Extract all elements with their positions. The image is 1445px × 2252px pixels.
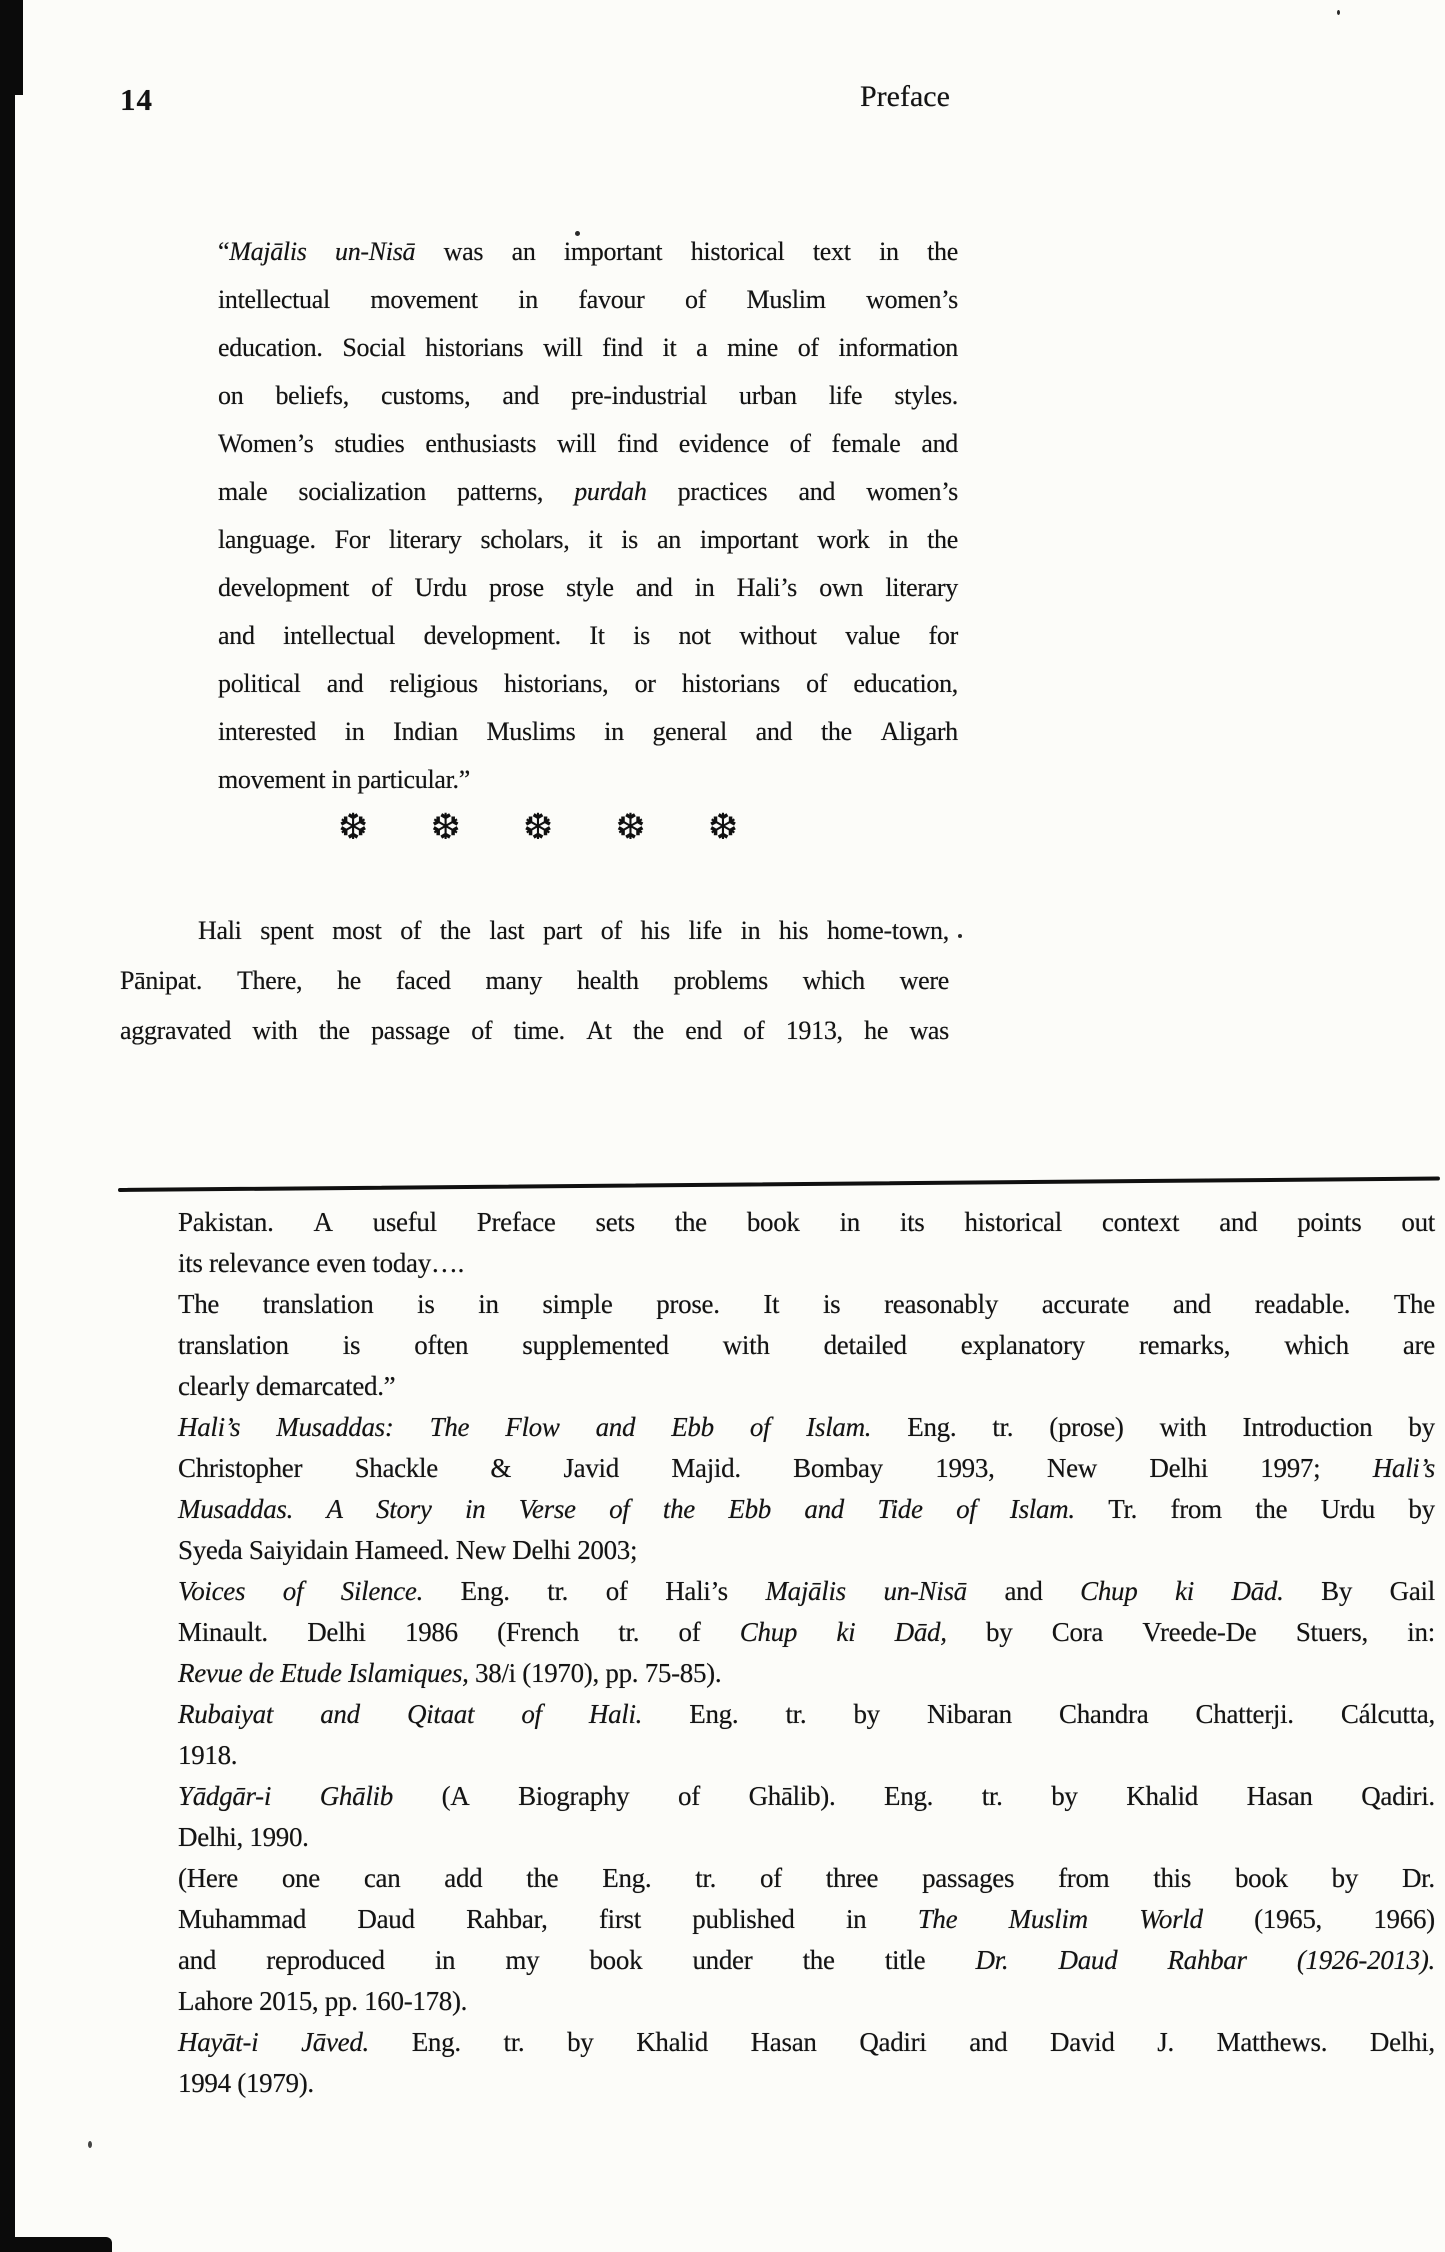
word: was <box>444 228 484 276</box>
word: Cálcutta, <box>1341 1694 1435 1735</box>
ornament-row: ❆❆❆❆❆ <box>338 806 738 850</box>
footnote-line: Minault.Delhi1986(Frenchtr.ofChupkiDād,b… <box>178 1612 1435 1653</box>
word: in <box>604 708 624 756</box>
word: is <box>633 612 650 660</box>
word: historical <box>964 1202 1061 1243</box>
word: and <box>1173 1284 1211 1325</box>
word: published <box>692 1899 794 1940</box>
word: Ebb <box>728 1489 771 1530</box>
word: the <box>663 1489 695 1530</box>
word: Verse <box>519 1489 576 1530</box>
word: Muslim <box>747 276 826 324</box>
word: Dād. <box>1231 1571 1283 1612</box>
word: Delhi, <box>1370 2022 1435 2063</box>
word: a <box>696 324 707 372</box>
text: 38/i (1970), pp. 75-85). <box>469 1658 722 1688</box>
word: styles. <box>894 372 958 420</box>
word: many <box>486 956 543 1006</box>
word: Chup <box>740 1612 797 1653</box>
word: Social <box>342 324 405 372</box>
paragraph-line: Pānipat.There,hefacedmanyhealthproblemsw… <box>120 956 949 1006</box>
word: Voices <box>178 1571 245 1612</box>
text: 1994 (1979). <box>178 2068 314 2098</box>
scan-speck <box>1337 10 1340 15</box>
word: Hasan <box>1247 1776 1313 1817</box>
paragraph-line: aggravatedwiththepassageoftime.Attheendo… <box>120 1006 949 1056</box>
word: reproduced <box>266 1940 384 1981</box>
quote-line: Women’sstudiesenthusiastswillfindevidenc… <box>218 420 958 468</box>
word: an <box>657 516 681 564</box>
word: the <box>1255 1489 1287 1530</box>
word: from <box>1171 1489 1222 1530</box>
word: scholars, <box>480 516 569 564</box>
word: the <box>821 708 852 756</box>
word: development. <box>424 612 561 660</box>
word: of <box>601 906 622 956</box>
word: end <box>685 1006 722 1056</box>
footnote-line: its relevance even today…. <box>178 1243 1435 1284</box>
word: book <box>747 1202 800 1243</box>
word: the <box>675 1202 707 1243</box>
text: 1918. <box>178 1740 237 1770</box>
scan-edge-left <box>0 0 15 2252</box>
word: book <box>589 1940 642 1981</box>
word: Pakistan. <box>178 1202 274 1243</box>
snowflake-ornament-icon: ❆ <box>338 806 368 850</box>
word: Rahbar <box>1167 1940 1246 1981</box>
word: his <box>779 906 808 956</box>
word: development <box>218 564 349 612</box>
word: and <box>1219 1202 1257 1243</box>
word: Islam. <box>806 1407 871 1448</box>
word: simple <box>542 1284 612 1325</box>
word: by <box>986 1612 1012 1653</box>
word: Introduction <box>1243 1407 1373 1448</box>
word: and <box>596 1407 636 1448</box>
word: Jāved. <box>301 2022 369 2063</box>
word: of <box>606 1571 628 1612</box>
footnote-line: Revue de Etude Islamiques, 38/i (1970), … <box>178 1653 1435 1694</box>
word: evidence <box>679 420 769 468</box>
word: three <box>826 1858 878 1899</box>
word: spent <box>260 906 313 956</box>
word: favour <box>578 276 644 324</box>
body-paragraph: Halispentmostofthelastpartofhislifeinhis… <box>120 906 949 1056</box>
word: For <box>335 516 370 564</box>
word: Hali’s <box>737 564 797 612</box>
word: were <box>900 956 949 1006</box>
word: Women’s <box>218 420 313 468</box>
word: in <box>879 228 899 276</box>
word: urban <box>739 372 797 420</box>
word: the <box>633 1006 664 1056</box>
running-header-title: Preface <box>860 80 950 114</box>
word: remarks, <box>1139 1325 1230 1366</box>
word: tr. <box>785 1694 806 1735</box>
book-page-scan: 14 Preface “Majālisun-Nisāwasanimportant… <box>0 0 1445 2252</box>
word: un-Nisā <box>883 1571 966 1612</box>
word: of <box>685 276 706 324</box>
word: purdah <box>574 468 646 516</box>
scan-speck <box>575 231 580 236</box>
word: Flow <box>505 1407 559 1448</box>
word: and <box>804 1489 844 1530</box>
word: Majid. <box>671 1448 740 1489</box>
word: Qitaat <box>407 1694 474 1735</box>
footnote-line: Hali’sMusaddas:TheFlowandEbbofIslam.Eng.… <box>178 1407 1435 1448</box>
word: it <box>588 516 602 564</box>
word: it <box>663 324 677 372</box>
word: Qadiri. <box>1361 1776 1435 1817</box>
word: in <box>846 1899 866 1940</box>
word: important <box>700 516 798 564</box>
word: historians, <box>504 660 608 708</box>
word: readable. <box>1255 1284 1350 1325</box>
word: he <box>337 956 361 1006</box>
word: Qadiri <box>859 2022 926 2063</box>
word: historians <box>682 660 780 708</box>
word: Pānipat. <box>120 956 202 1006</box>
word: the <box>927 228 958 276</box>
footnote-line: MuhammadDaudRahbar,firstpublishedinTheMu… <box>178 1899 1435 1940</box>
word: Javid <box>563 1448 619 1489</box>
word: of <box>471 1006 492 1056</box>
word: its <box>900 1202 925 1243</box>
word: pre-industrial <box>571 372 707 420</box>
word: Chup <box>1080 1571 1137 1612</box>
word: Ghālib). <box>749 1776 836 1817</box>
word: Vreede-De <box>1142 1612 1256 1653</box>
word: Rahbar, <box>466 1899 548 1940</box>
word: tr. <box>504 2022 525 2063</box>
word: and <box>502 372 539 420</box>
word: Eng. <box>907 1407 956 1448</box>
word: Hali’s <box>1373 1448 1435 1489</box>
word: women’s <box>866 468 958 516</box>
footnote-line: 1918. <box>178 1735 1435 1776</box>
word: Christopher <box>178 1448 302 1489</box>
word: which <box>803 956 865 1006</box>
word: Hasan <box>751 2022 817 2063</box>
word: prose <box>489 564 544 612</box>
word: of <box>760 1858 782 1899</box>
footnote-line: Pakistan.AusefulPrefacesetsthebookinitsh… <box>178 1202 1435 1243</box>
word: ki <box>836 1612 855 1653</box>
footnote-line: Thetranslationisinsimpleprose.Itisreason… <box>178 1284 1435 1325</box>
word: by <box>853 1694 879 1735</box>
word: Hali. <box>589 1694 642 1735</box>
word: literary <box>885 564 958 612</box>
word: interested <box>218 708 316 756</box>
word: life <box>689 906 722 956</box>
quote-line: developmentofUrduprosestyleandinHali’sow… <box>218 564 958 612</box>
quote-line: education.Socialhistorianswillfinditamin… <box>218 324 958 372</box>
word: Hali’s <box>178 1407 240 1448</box>
word: Yādgār-i <box>178 1776 271 1817</box>
word: was <box>909 1006 949 1056</box>
word: tr. <box>695 1858 716 1899</box>
word: At <box>586 1006 611 1056</box>
word: 1986 <box>405 1612 458 1653</box>
word: and <box>320 1694 360 1735</box>
word: By <box>1321 1571 1352 1612</box>
word: most <box>332 906 381 956</box>
word: Muslim <box>1009 1899 1088 1940</box>
word: often <box>414 1325 468 1366</box>
word: Nibaran <box>927 1694 1012 1735</box>
word: explanatory <box>961 1325 1085 1366</box>
word: or <box>635 660 656 708</box>
word: It <box>589 612 604 660</box>
word: with <box>723 1325 770 1366</box>
quote-line: politicalandreligioushistorians,orhistor… <box>218 660 958 708</box>
footnote-block: Pakistan.AusefulPrefacesetsthebookinitsh… <box>178 1202 1435 2104</box>
footnote-line: 1994 (1979). <box>178 2063 1435 2104</box>
word: Ghālib <box>320 1776 393 1817</box>
word: on <box>218 372 243 420</box>
word: out <box>1401 1202 1435 1243</box>
word: Indian <box>393 708 458 756</box>
word: 1997; <box>1260 1448 1320 1489</box>
word: his <box>640 906 669 956</box>
word: from <box>1058 1858 1109 1899</box>
word: and <box>178 1940 216 1981</box>
word: aggravated <box>120 1006 231 1056</box>
word: Hali’s <box>665 1571 728 1612</box>
word: and <box>756 708 793 756</box>
text: clearly demarcated.” <box>178 1371 395 1401</box>
footnote-line: clearly demarcated.” <box>178 1366 1435 1407</box>
quote-line: onbeliefs,customs,andpre-industrialurban… <box>218 372 958 420</box>
quote-line: malesocializationpatterns,purdahpractice… <box>218 468 958 516</box>
word: for <box>929 612 958 660</box>
word: ki <box>1175 1571 1194 1612</box>
word: customs, <box>381 372 470 420</box>
word: Khalid <box>1126 1776 1198 1817</box>
word: historical <box>691 228 785 276</box>
word: enthusiasts <box>425 420 536 468</box>
word: Dād, <box>895 1612 947 1653</box>
word: own <box>819 564 863 612</box>
word: title <box>885 1940 926 1981</box>
word: without <box>739 612 816 660</box>
word: value <box>845 612 900 660</box>
scan-edge-top-left <box>0 0 23 95</box>
word: Stuers, <box>1296 1612 1368 1653</box>
word: will <box>557 420 596 468</box>
word: Aligarh <box>881 708 958 756</box>
word: The <box>1394 1284 1435 1325</box>
footnote-rule <box>118 1176 1440 1192</box>
word: Gail <box>1390 1571 1435 1612</box>
word: reasonably <box>884 1284 998 1325</box>
snowflake-ornament-icon: ❆ <box>523 806 553 850</box>
word: in <box>741 906 761 956</box>
word: Khalid <box>636 2022 708 2063</box>
word: of <box>283 1571 303 1612</box>
word: problems <box>674 956 768 1006</box>
snowflake-ornament-icon: ❆ <box>430 806 460 850</box>
text: its relevance even today…. <box>178 1248 464 1278</box>
word: of <box>743 1006 764 1056</box>
word: “Majālis <box>218 228 307 276</box>
footnote-line: Syeda Saiyidain Hameed. New Delhi 2003; <box>178 1530 1435 1571</box>
word: life <box>829 372 862 420</box>
footnote-line: translationisoftensupplementedwithdetail… <box>178 1325 1435 1366</box>
word: political <box>218 660 301 708</box>
word: female <box>832 420 901 468</box>
word: Ebb <box>671 1407 714 1448</box>
word: add <box>444 1858 482 1899</box>
word: (Here <box>178 1858 238 1899</box>
word: passage <box>371 1006 450 1056</box>
word: with <box>1160 1407 1207 1448</box>
word: 1993, <box>935 1448 994 1489</box>
word: of <box>956 1489 976 1530</box>
word: Dr. <box>975 1940 1008 1981</box>
word: Hali <box>198 906 242 956</box>
word: (A <box>442 1776 470 1817</box>
word: general <box>652 708 726 756</box>
word: and <box>1004 1571 1042 1612</box>
word: first <box>599 1899 641 1940</box>
word: of <box>609 1489 629 1530</box>
word: Cora <box>1052 1612 1103 1653</box>
word: tr. <box>547 1571 568 1612</box>
word: Tr. <box>1108 1489 1137 1530</box>
word: which <box>1284 1325 1348 1366</box>
word: socialization <box>298 468 426 516</box>
word: detailed <box>824 1325 907 1366</box>
quote-line: movement in particular.” <box>218 756 958 804</box>
word: an <box>512 228 536 276</box>
word: by <box>567 2022 593 2063</box>
word: Musaddas: <box>276 1407 393 1448</box>
word: useful <box>373 1202 437 1243</box>
word: Majālis <box>765 1571 845 1612</box>
word: Daud <box>1059 1940 1118 1981</box>
word: practices <box>678 468 768 516</box>
word: Delhi <box>1149 1448 1208 1489</box>
text: Syeda Saiyidain Hameed. New Delhi 2003; <box>178 1535 637 1565</box>
word: of <box>678 1776 700 1817</box>
word: religious <box>390 660 478 708</box>
word: 1966) <box>1373 1899 1435 1940</box>
word: points <box>1297 1202 1361 1243</box>
snowflake-ornament-icon: ❆ <box>615 806 645 850</box>
word: with <box>252 1006 297 1056</box>
word: 1913, <box>786 1006 843 1056</box>
word: Preface <box>477 1202 556 1243</box>
word: A <box>313 1202 332 1243</box>
word: health <box>577 956 639 1006</box>
word: mine <box>727 324 778 372</box>
word: Islam. <box>1010 1489 1075 1530</box>
word: Eng. <box>461 1571 510 1612</box>
word: studies <box>334 420 404 468</box>
word: of <box>371 564 392 612</box>
word: and <box>218 612 255 660</box>
word: of <box>790 420 811 468</box>
word: Musaddas. <box>178 1489 293 1530</box>
word: one <box>282 1858 320 1899</box>
word: Dr. <box>1402 1858 1435 1899</box>
footnote-line: Musaddas.AStoryinVerseoftheEbbandTideofI… <box>178 1489 1435 1530</box>
word: in <box>888 516 908 564</box>
word: and <box>798 468 835 516</box>
word: male <box>218 468 267 516</box>
word: It <box>763 1284 779 1325</box>
footnote-line: Delhi, 1990. <box>178 1817 1435 1858</box>
word: literary <box>389 516 462 564</box>
word: A <box>326 1489 342 1530</box>
word: The <box>430 1407 470 1448</box>
scan-edge-bottom-left <box>0 2237 112 2252</box>
quote-line: language.Forliteraryscholars,itisanimpor… <box>218 516 958 564</box>
word: The <box>178 1284 219 1325</box>
italic-text: Revue de Etude Islamiques, <box>178 1658 469 1688</box>
word: by <box>1051 1776 1077 1817</box>
paragraph-line: Halispentmostofthelastpartofhislifeinhis… <box>120 906 949 956</box>
word: intellectual <box>218 276 330 324</box>
word: faced <box>396 956 451 1006</box>
text: Delhi, 1990. <box>178 1822 309 1852</box>
footnote-line: VoicesofSilence.Eng.tr.ofHali’sMajālisun… <box>178 1571 1435 1612</box>
word: style <box>566 564 614 612</box>
word: find <box>602 324 643 372</box>
word: the <box>526 1858 558 1899</box>
word: in <box>518 276 538 324</box>
word: Muhammad <box>178 1899 306 1940</box>
word: translation <box>263 1284 374 1325</box>
word: (1965, <box>1254 1899 1322 1940</box>
word: find <box>617 420 658 468</box>
word: of <box>750 1407 770 1448</box>
word: Biography <box>518 1776 629 1817</box>
word: New <box>1047 1448 1097 1489</box>
text: movement in particular.” <box>218 765 470 794</box>
word: last <box>489 906 524 956</box>
quote-line: intellectualmovementinfavourofMuslimwome… <box>218 276 958 324</box>
word: Urdu <box>1321 1489 1375 1530</box>
word: Daud <box>357 1899 414 1940</box>
scan-speck <box>88 2141 92 2148</box>
word: part <box>543 906 582 956</box>
word: sets <box>596 1202 635 1243</box>
quote-line: “Majālisun-Nisāwasanimportanthistoricalt… <box>218 228 958 276</box>
word: & <box>490 1448 511 1489</box>
word: are <box>1403 1325 1435 1366</box>
footnote-line: RubaiyatandQitaatofHali.Eng.tr.byNibaran… <box>178 1694 1435 1735</box>
word: of <box>798 324 819 372</box>
word: beliefs, <box>275 372 348 420</box>
word: Eng. <box>689 1694 738 1735</box>
word: Urdu <box>415 564 467 612</box>
word: Minault. <box>178 1612 268 1653</box>
word: language. <box>218 516 316 564</box>
quote-line: interestedinIndianMuslimsingeneralandthe… <box>218 708 958 756</box>
word: Chatterji. <box>1196 1694 1294 1735</box>
word: Silence. <box>341 1571 423 1612</box>
word: (1926-2013). <box>1297 1940 1435 1981</box>
footnote-line: Hayāt-iJāved.Eng.tr.byKhalidHasanQadiria… <box>178 2022 1435 2063</box>
word: education. <box>218 324 323 372</box>
word: this <box>1153 1858 1191 1899</box>
word: World <box>1139 1899 1203 1940</box>
word: of <box>806 660 827 708</box>
word: movement <box>370 276 477 324</box>
word: Matthews. <box>1217 2022 1328 2063</box>
